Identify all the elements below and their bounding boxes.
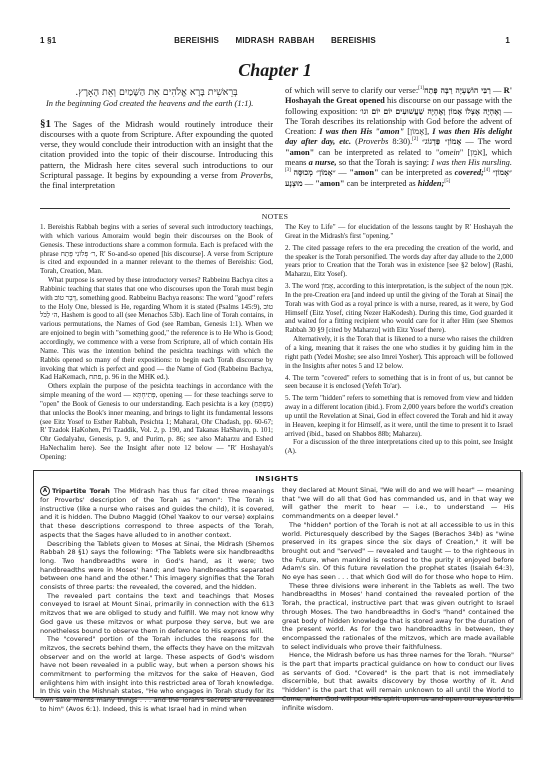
insight-paragraph: The "hidden" portion of the Torah is not… — [282, 521, 514, 582]
verse-english: In the beginning God created the heavens… — [40, 99, 273, 109]
insight-paragraph: Describing the Tablets given to Moses at… — [40, 540, 274, 592]
footnote: 4. The term "covered" refers to somethin… — [285, 374, 513, 392]
note-paragraph: The Key to Life" — for elucidation of th… — [285, 223, 513, 241]
text-run: omein — [439, 148, 459, 157]
footnote-ref[interactable]: [4] — [484, 169, 490, 174]
footnote-ref[interactable]: [5] — [444, 179, 450, 184]
insight-paragraph: The "covered" portion of the Torah inclu… — [40, 635, 274, 713]
section-paragraph: §1The Sages of the Midrash would routine… — [40, 119, 273, 192]
section-body: The Sages of the Midrash would routinely… — [40, 120, 273, 180]
hebrew-phrase: רַבִּי הוֹשַׁעְיָה רַבָּה פָּתַח — [424, 86, 491, 95]
main-text-right-column: of which will serve to clarify our verse… — [285, 86, 512, 189]
insight-title: Tripartite Torah — [52, 487, 110, 495]
text-run: 8:30). — [388, 137, 412, 146]
note-paragraph: Others explain the purpose of the pesich… — [40, 382, 273, 462]
note-paragraph: What purpose is served by these introduc… — [40, 276, 273, 382]
text-run: I was then His nursling. — [431, 158, 512, 167]
note-paragraph: For a discussion of the three interpreta… — [285, 438, 513, 456]
notes-divider — [40, 208, 510, 209]
text-run: can be interpreted as — [379, 168, 455, 177]
insights-right-column: they declared at Mount Sinai, "We will d… — [282, 486, 514, 712]
footnote: 1. Bereishis Rabbah begins with a series… — [40, 223, 273, 276]
page-number: 1 — [505, 36, 510, 45]
text-run: — — [491, 86, 504, 95]
insight-letter-badge: A — [40, 486, 50, 496]
insight-paragraph: they declared at Mount Sinai, "We will d… — [282, 486, 514, 521]
text-run: Proverbs — [358, 137, 388, 146]
insight-paragraph: The revealed part contains the text and … — [40, 592, 274, 636]
insights-box: INSIGHTS ATripartite TorahThe Midrash ha… — [33, 470, 521, 698]
text-run: — The word — [461, 137, 512, 146]
notes-section: 1. Bereishis Rabbah begins with a series… — [40, 223, 510, 441]
text-run: covered; — [455, 168, 484, 177]
text-run: [אָמוֹן], — [404, 127, 432, 136]
main-text-left-column: בְּרֵאשִׁית בָּרָא אֱלֹהִים אֵת הַשָּׁמַ… — [40, 86, 273, 192]
insight-paragraph: These three divisions were inherent in t… — [282, 582, 514, 652]
hebrew-phrase: ״אָמוֹן״ מְכוּסֶּה — [294, 168, 336, 177]
book-title-middle: MIDRASH RABBAH — [235, 36, 314, 45]
running-head: 1 §1 BEREISHIS MIDRASH RABBAH BEREISHIS … — [38, 36, 512, 50]
main-text: בְּרֵאשִׁית בָּרָא אֱלֹהִים אֵת הַשָּׁמַ… — [40, 86, 510, 208]
text-run: a nurse, — [309, 158, 337, 167]
text-run: can be interpreted as — [345, 179, 418, 188]
text-run: ( — [351, 137, 358, 146]
document-page: 1 §1 BEREISHIS MIDRASH RABBAH BEREISHIS … — [0, 0, 550, 762]
text-run: "amon" — [349, 168, 378, 177]
text-run: hidden; — [418, 179, 445, 188]
text-run: — — [303, 179, 316, 188]
book-title-left: BEREISHIS — [174, 36, 219, 45]
footnote: 3. The word אָמוֹן, according to this in… — [285, 282, 513, 335]
chapter-title: Chapter 1 — [0, 60, 550, 81]
insight-paragraph: ATripartite TorahThe Midrash has thus fa… — [40, 486, 274, 540]
footnote-ref[interactable]: [3] — [285, 169, 291, 174]
text-run: — — [336, 168, 350, 177]
verse-hebrew: בְּרֵאשִׁית בָּרָא אֱלֹהִים אֵת הַשָּׁמַ… — [40, 88, 273, 98]
notes-right-column: The Key to Life" — for elucidation of th… — [285, 223, 513, 456]
text-run: of which will serve to clarify our verse… — [285, 86, 418, 95]
text-run: "amon" — [315, 179, 344, 188]
section-number: §1 — [40, 118, 51, 130]
text-run: so that the Torah is saying: — [337, 158, 432, 167]
notes-left-column: 1. Bereishis Rabbah begins with a series… — [40, 223, 273, 462]
text-run: "amon" — [285, 148, 314, 157]
book-title: BEREISHIS MIDRASH RABBAH BEREISHIS — [38, 36, 512, 45]
hebrew-phrase: אָמוֹן״ פַּדְגוֹג״ — [422, 137, 461, 146]
book-title-right: BEREISHIS — [331, 36, 376, 45]
note-paragraph: Alternatively, it is the Torah that is l… — [285, 335, 513, 370]
text-run: can be interpreted as related to " — [314, 148, 439, 157]
hebrew-phrase: וָאֶהְיֶה אֶצְלוֹ אָמוֹן וָאֶהְיֶה שַׁעֲ… — [360, 107, 501, 116]
insight-paragraph: Hence, the Midrash before us has three n… — [282, 651, 514, 712]
insights-heading: INSIGHTS — [34, 474, 520, 483]
insights-left-column: ATripartite TorahThe Midrash has thus fa… — [40, 486, 274, 714]
notes-heading: NOTES — [0, 212, 550, 221]
text-run: I was then His "amon" — [319, 127, 404, 136]
footnote: 2. The cited passage refers to the era p… — [285, 244, 513, 279]
footnote: 5. The term "hidden" refers to something… — [285, 394, 513, 438]
section-body-italic: Proverbs — [241, 171, 271, 180]
